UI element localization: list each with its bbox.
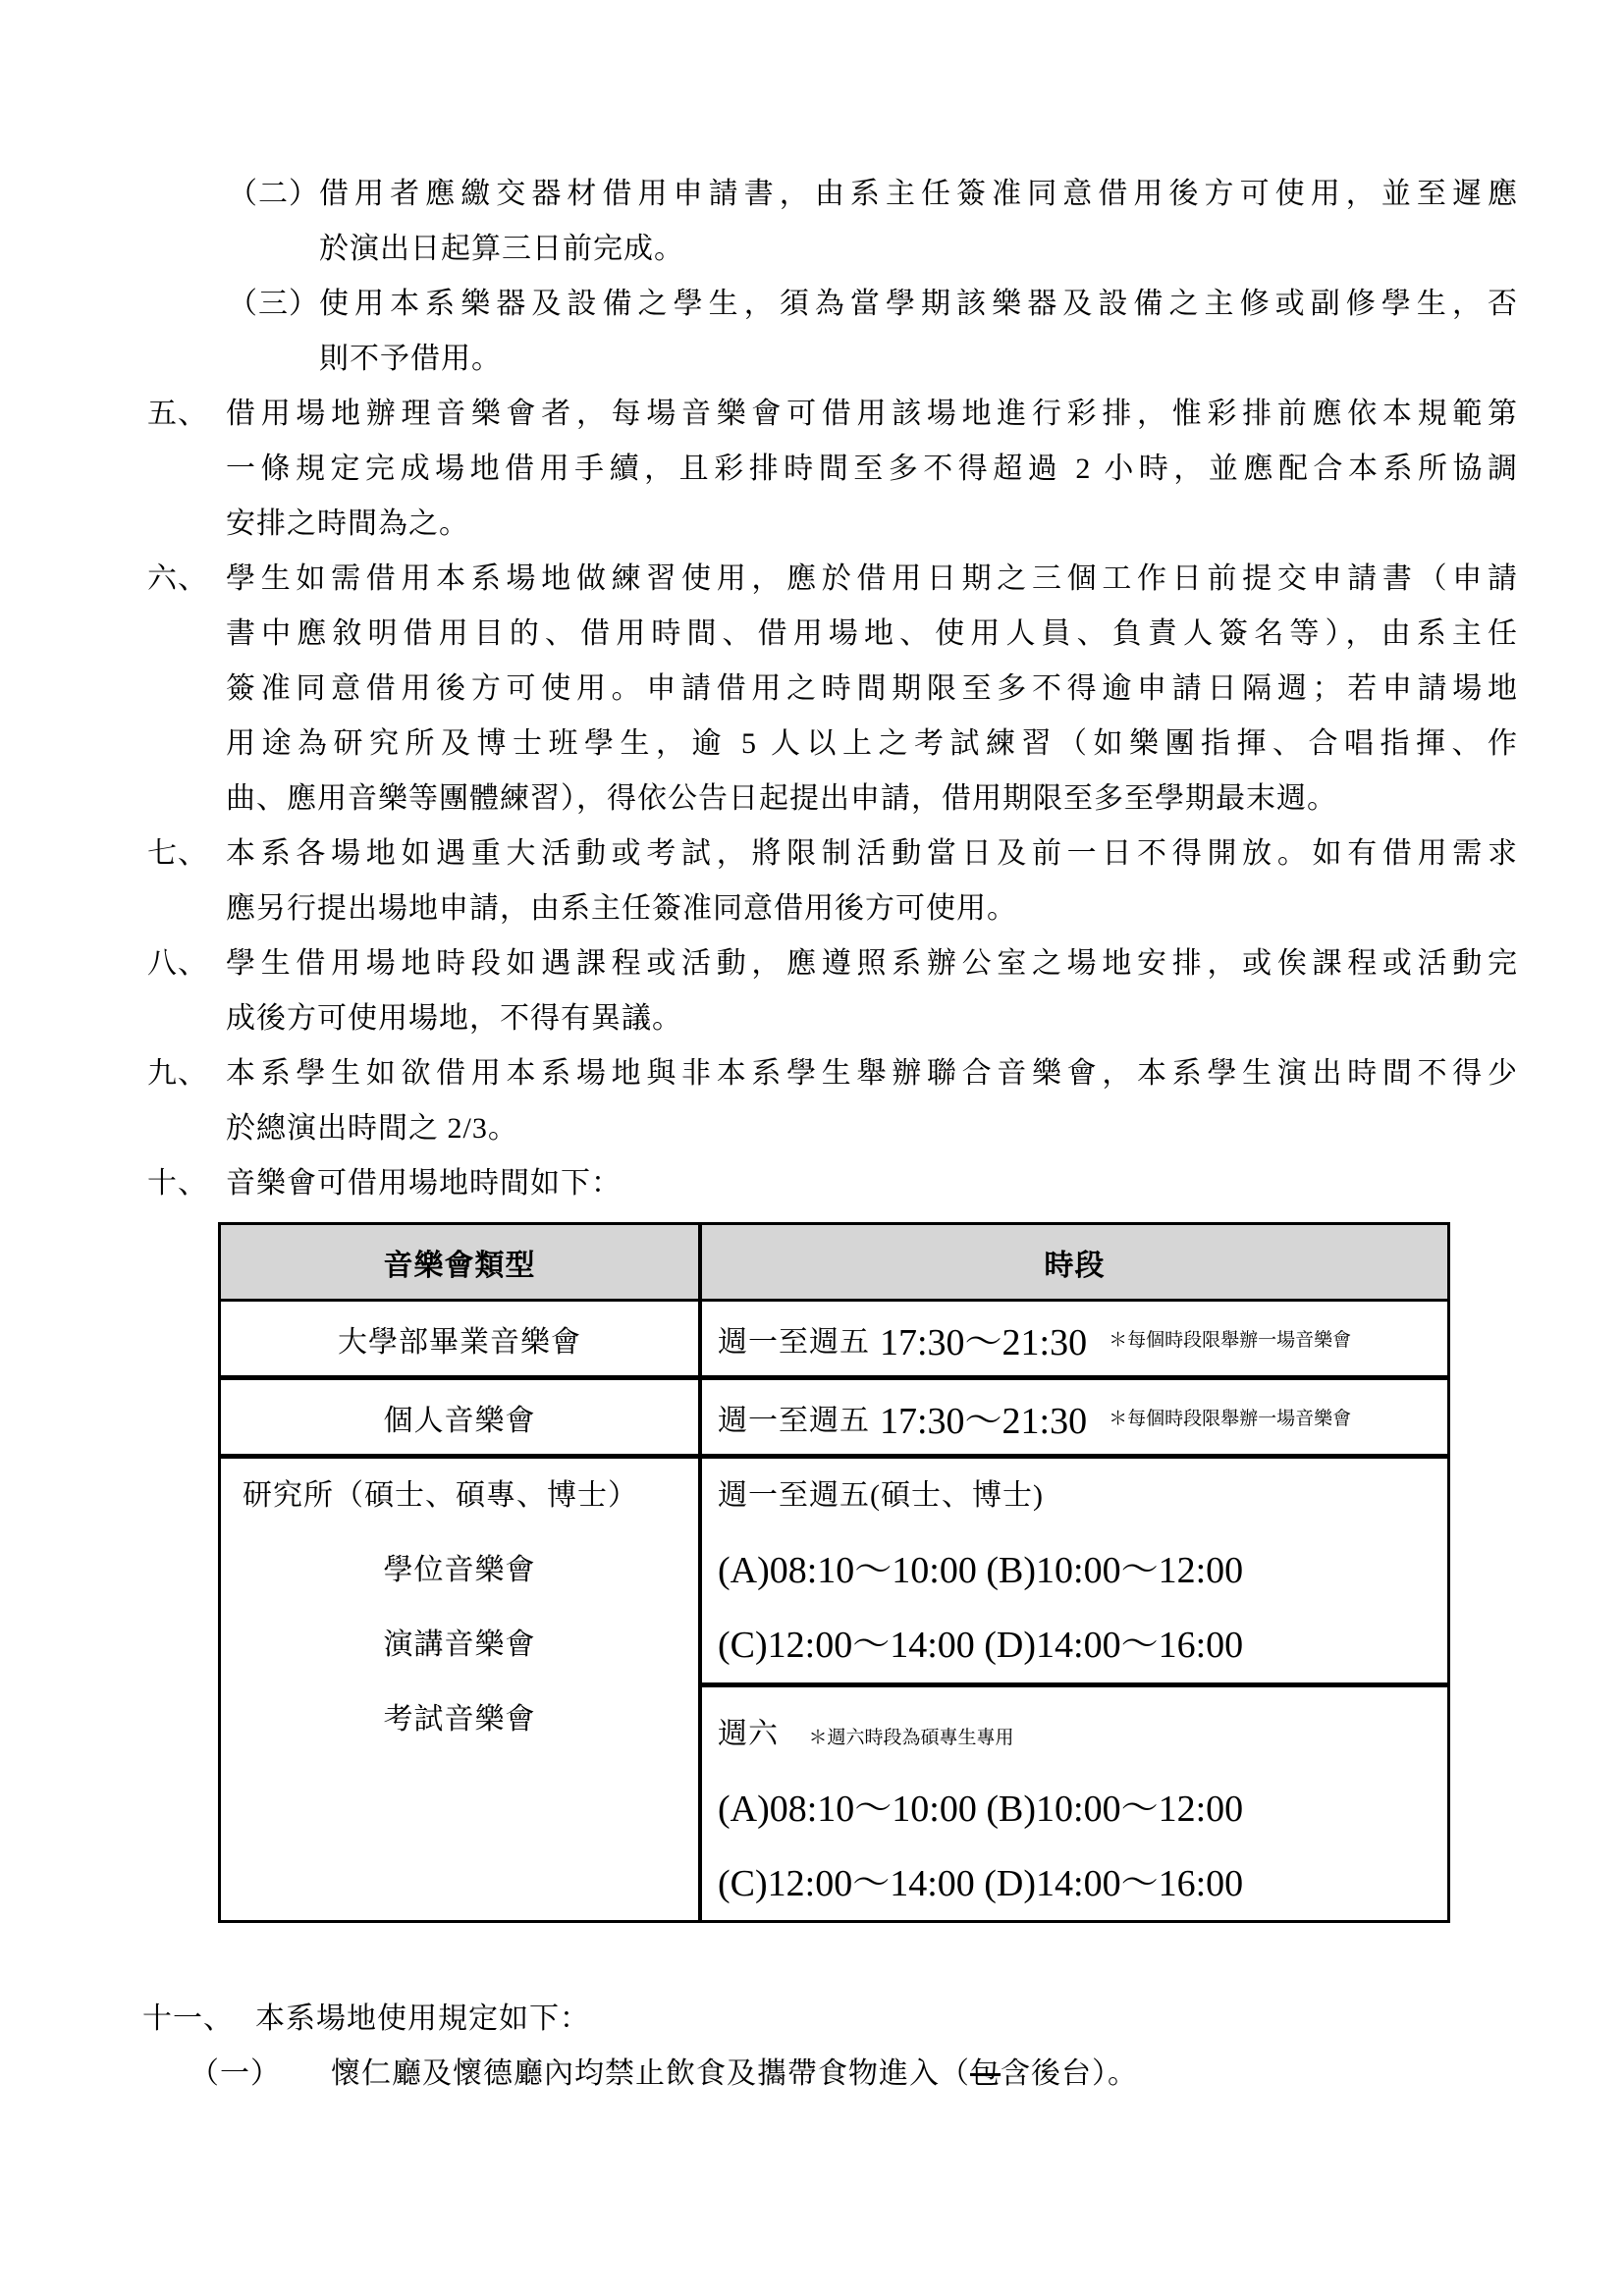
table-row-undergrad: 大學部畢業音樂會 週一至週五 17:30～21:30 ＊每個時段限舉辦一場音樂會 xyxy=(221,1302,1447,1380)
cell-time-slot: 週一至週五 17:30～21:30 ＊每個時段限舉辦一場音樂會 xyxy=(702,1380,1447,1454)
item-line: 借用者應繳交器材借用申請書，由系主任簽准同意借用後方可使用，並至遲應 xyxy=(319,167,1518,222)
header-cell-time-slot: 時段 xyxy=(702,1225,1447,1299)
slot-line-ab: (A)08:10～10:00 (B)10:00～12:00 xyxy=(718,1533,1447,1608)
grad-subtype: 考試音樂會 xyxy=(221,1682,698,1757)
cell-time-slot: 週一至週五 17:30～21:30 ＊每個時段限舉辦一場音樂會 xyxy=(702,1302,1447,1375)
rule-text: 懷仁廳及懷德廳內均禁止飲食及攜帶食物進入（ xyxy=(331,2057,970,2090)
time-note: ＊每個時段限舉辦一場音樂會 xyxy=(1109,1404,1351,1430)
cell-concert-type: 大學部畢業音樂會 xyxy=(221,1302,702,1375)
table-row-personal: 個人音樂會 週一至週五 17:30～21:30 ＊每個時段限舉辦一場音樂會 xyxy=(221,1380,1447,1459)
cell-concert-type: 個人音樂會 xyxy=(221,1380,702,1454)
concert-schedule-table: 音樂會類型 時段 大學部畢業音樂會 週一至週五 17:30～21:30 ＊每個時… xyxy=(218,1222,1450,1923)
list-item-8: 八、 學生借用場地時段如遇課程或活動，應遵照系辦公室之場地安排，或俟課程或活動完… xyxy=(0,936,1624,1046)
slot-line-cd: (C)12:00～14:00 (D)14:00～16:00 xyxy=(718,1608,1447,1682)
item-line: 本系場地使用規定如下： xyxy=(255,1992,1624,2047)
list-item-7: 七、 本系各場地如遇重大活動或考試，將限制活動當日及前一日不得開放。如有借用需求… xyxy=(0,827,1624,936)
list-item-10: 十、 音樂會可借用場地時間如下： xyxy=(0,1156,1624,1211)
item-line: 本系學生如欲借用本系場地與非本系學生舉辦聯合音樂會，本系學生演出時間不得少 xyxy=(226,1046,1518,1101)
item-marker: 十一、 xyxy=(142,1992,234,2047)
item-line: 應另行提出場地申請，由系主任簽准同意借用後方可使用。 xyxy=(226,881,1518,936)
item-line: 曲、應用音樂等團體練習），得依公告日起提出申請，借用期限至多至學期最末週。 xyxy=(226,772,1518,827)
document-page: （二） 借用者應繳交器材借用申請書，由系主任簽准同意借用後方可使用，並至遲應 於… xyxy=(0,0,1624,2296)
rule-text: 含後台）。 xyxy=(1001,2057,1138,2090)
item-line: 學生借用場地時段如遇課程或活動，應遵照系辦公室之場地安排，或俟課程或活動完 xyxy=(226,936,1518,991)
list-item-11: 十一、 本系場地使用規定如下： xyxy=(0,1992,1624,2047)
list-item-6: 六、 學生如需借用本系場地做練習使用，應於借用日期之三個工作日前提交申請書（申請… xyxy=(0,552,1624,827)
item-marker: 九、 xyxy=(147,1046,208,1101)
grad-subtype: 學位音樂會 xyxy=(221,1533,698,1608)
item-line: 簽准同意借用後方可使用。申請借用之時間期限至多不得逾申請日隔週；若申請場地 xyxy=(226,662,1518,717)
item-line: 音樂會可借用場地時間如下： xyxy=(226,1156,1518,1211)
item-line: 安排之時間為之。 xyxy=(226,497,1518,552)
item-line: 一條規定完成場地借用手續，且彩排時間至多不得超過 2 小時，並應配合本系所協調 xyxy=(226,442,1518,497)
header-cell-concert-type: 音樂會類型 xyxy=(221,1225,702,1299)
item-line: 學生如需借用本系場地做練習使用，應於借用日期之三個工作日前提交申請書（申請 xyxy=(226,552,1518,607)
item-marker: （一） xyxy=(189,2047,281,2102)
slot-line-cd: (C)12:00～14:00 (D)14:00～16:00 xyxy=(718,1846,1447,1921)
item-line: 本系各場地如遇重大活動或考試，將限制活動當日及前一日不得開放。如有借用需求 xyxy=(226,827,1518,881)
item-marker: 五、 xyxy=(147,387,208,442)
item-line: 書中應敘明借用目的、借用時間、借用場地、使用人員、負責人簽名等），由系主任 xyxy=(226,607,1518,662)
time-range: 17:30～21:30 xyxy=(880,1390,1087,1444)
table-row-graduate: 研究所（碩士、碩專、博士） 學位音樂會 演講音樂會 考試音樂會 週一至週五(碩士… xyxy=(221,1459,1447,1920)
item-line: 於演出日起算三日前完成。 xyxy=(319,222,1518,277)
item-marker: （三） xyxy=(228,277,319,332)
list-item-2-paren: （二） 借用者應繳交器材借用申請書，由系主任簽准同意借用後方可使用，並至遲應 於… xyxy=(0,167,1624,277)
item-line: 懷仁廳及懷德廳內均禁止飲食及攜帶食物進入（包含後台）。 xyxy=(331,2047,1624,2102)
item-line: 使用本系樂器及設備之學生，須為當學期該樂器及設備之主修或副修學生，否 xyxy=(319,277,1518,332)
slot-line-ab: (A)08:10～10:00 (B)10:00～12:00 xyxy=(718,1772,1447,1846)
item-marker: 七、 xyxy=(147,827,208,881)
weekday-slot-cell: 週一至週五(碩士、博士) (A)08:10～10:00 (B)10:00～12:… xyxy=(702,1459,1447,1687)
time-day: 週一至週五 xyxy=(718,1317,870,1361)
list-item-3-paren: （三） 使用本系樂器及設備之學生，須為當學期該樂器及設備之主修或副修學生，否 則… xyxy=(0,277,1624,387)
list-item-11-1: （一） 懷仁廳及懷德廳內均禁止飲食及攜帶食物進入（包含後台）。 xyxy=(0,2047,1624,2102)
slot-day: 週一至週五(碩士、博士) xyxy=(718,1459,1447,1533)
grad-subtype: 演講音樂會 xyxy=(221,1608,698,1682)
item-line: 於總演出時間之 2/3。 xyxy=(226,1101,1518,1156)
item-marker: 六、 xyxy=(147,552,208,607)
item-marker: 十、 xyxy=(147,1156,208,1211)
regulations-list: （二） 借用者應繳交器材借用申請書，由系主任簽准同意借用後方可使用，並至遲應 於… xyxy=(0,167,1624,2102)
list-item-9: 九、 本系學生如欲借用本系場地與非本系學生舉辦聯合音樂會，本系學生演出時間不得少… xyxy=(0,1046,1624,1156)
saturday-note: ＊週六時段為碩專生專用 xyxy=(809,1728,1014,1748)
time-note: ＊每個時段限舉辦一場音樂會 xyxy=(1109,1325,1351,1352)
time-range: 17:30～21:30 xyxy=(880,1311,1087,1365)
item-marker: 八、 xyxy=(147,936,208,991)
struck-text: 包 xyxy=(970,2057,1001,2090)
cell-graduate-times: 週一至週五(碩士、博士) (A)08:10～10:00 (B)10:00～12:… xyxy=(702,1459,1447,1920)
list-item-5: 五、 借用場地辦理音樂會者，每場音樂會可借用該場地進行彩排，惟彩排前應依本規範第… xyxy=(0,387,1624,552)
item-line: 借用場地辦理音樂會者，每場音樂會可借用該場地進行彩排，惟彩排前應依本規範第 xyxy=(226,387,1518,442)
cell-graduate-types: 研究所（碩士、碩專、博士） 學位音樂會 演講音樂會 考試音樂會 xyxy=(221,1459,702,1920)
slot-day: 週六 ＊週六時段為碩專生專用 xyxy=(718,1697,1447,1772)
item-marker: （二） xyxy=(228,167,319,222)
item-line: 用途為研究所及博士班學生，逾 5 人以上之考試練習（如樂團指揮、合唱指揮、作 xyxy=(226,717,1518,772)
saturday-label: 週六 xyxy=(718,1718,779,1750)
time-day: 週一至週五 xyxy=(718,1396,870,1439)
table-header-row: 音樂會類型 時段 xyxy=(221,1225,1447,1302)
item-line: 則不予借用。 xyxy=(319,332,1518,387)
grad-category: 研究所（碩士、碩專、博士） xyxy=(221,1459,698,1533)
saturday-slot-cell: 週六 ＊週六時段為碩專生專用 (A)08:10～10:00 (B)10:00～1… xyxy=(702,1687,1447,1921)
item-line: 成後方可使用場地，不得有異議。 xyxy=(226,991,1518,1046)
